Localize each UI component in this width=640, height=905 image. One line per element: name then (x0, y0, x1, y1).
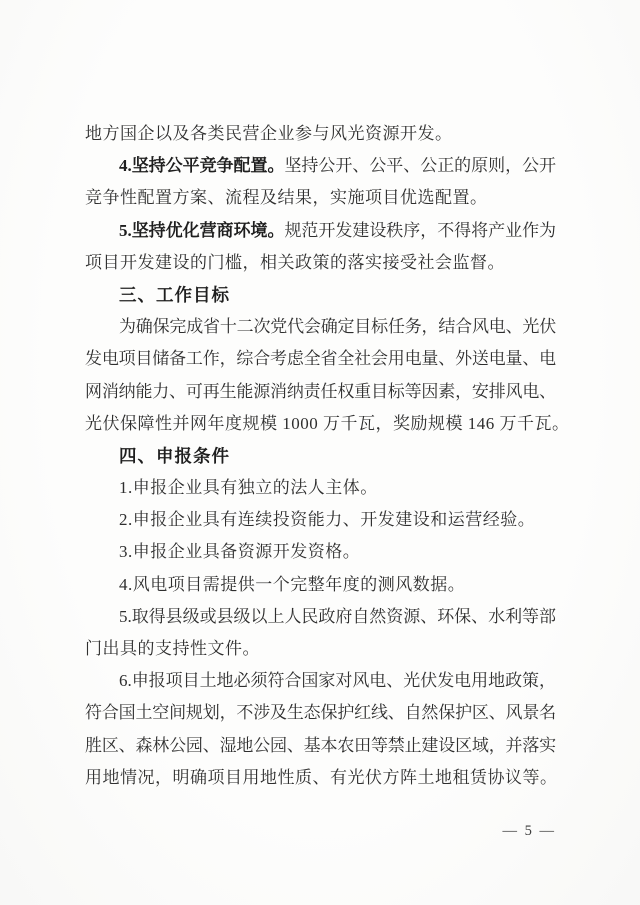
line-text: 符合国土空间规划，不涉及生态保护红线、自然保护区、风景名 (85, 703, 556, 722)
text-run: 2.申报企业具有连续投资能力、开发建设和运营经验。 (119, 510, 535, 529)
line-text: 光伏保障性并网年度规模 1000 万千瓦，奖励规模 146 万千瓦。 (85, 414, 570, 433)
text-run: 1.申报企业具有独立的法人主体。 (119, 478, 378, 497)
text-run: 坚持公开、公平、公正的原则，公开 (284, 156, 556, 175)
document-body: 地方国企以及各类民营企业参与风光资源开发。4.坚持公平竞争配置。坚持公开、公平、… (85, 118, 556, 794)
text-run: 规范开发建设秩序，不得将产业作为 (284, 221, 556, 240)
line-text: 门出具的支持性文件。 (85, 639, 260, 658)
bold-run: 四、申报条件 (119, 446, 230, 466)
line-text: 5.坚持优化营商环境。规范开发建设秩序，不得将产业作为 (119, 221, 556, 240)
line-text: 发电项目储备工作，综合考虑全省全社会用电量、外送电量、电 (85, 349, 556, 368)
text-run: 项目开发建设的门槛，相关政策的落实接受社会监督。 (85, 253, 505, 272)
document-line: 4.坚持公平竞争配置。坚持公开、公平、公正的原则，公开 (85, 150, 556, 182)
text-run: 地方国企以及各类民营企业参与风光资源开发。 (85, 124, 453, 143)
text-run: 为确保完成省十二次党代会确定目标任务，结合风电、光伏 (119, 317, 556, 336)
document-line: 胜区、森林公园、湿地公园、基本农田等禁止建设区域，并落实 (85, 730, 556, 762)
section-heading: 四、申报条件 (85, 440, 556, 472)
text-run: 胜区、森林公园、湿地公园、基本农田等禁止建设区域，并落实 (85, 736, 556, 755)
line-text: 地方国企以及各类民营企业参与风光资源开发。 (85, 124, 453, 143)
line-text: 用地情况，明确项目用地性质、有光伏方阵土地租赁协议等。 (85, 768, 558, 787)
line-text: 三、工作目标 (119, 285, 230, 305)
bold-run: 三、工作目标 (119, 285, 230, 305)
text-run: 符合国土空间规划，不涉及生态保护红线、自然保护区、风景名 (85, 703, 556, 722)
line-text: 4.风电项目需提供一个完整年度的测风数据。 (119, 575, 465, 594)
text-run: 5.取得县级或县级以上人民政府自然资源、环保、水利等部 (119, 607, 556, 626)
document-line: 地方国企以及各类民营企业参与风光资源开发。 (85, 118, 556, 150)
line-text: 4.坚持公平竞争配置。坚持公开、公平、公正的原则，公开 (119, 156, 556, 175)
text-run: 竞争性配置方案、流程及结果，实施项目优选配置。 (85, 188, 488, 207)
text-run: 6.申报项目土地必须符合国家对风电、光伏发电用地政策， (119, 671, 556, 690)
text-run: 用地情况，明确项目用地性质、有光伏方阵土地租赁协议等。 (85, 768, 558, 787)
text-run: 3.申报企业具备资源开发资格。 (119, 542, 360, 561)
document-line: 6.申报项目土地必须符合国家对风电、光伏发电用地政策， (85, 665, 556, 697)
line-text: 胜区、森林公园、湿地公园、基本农田等禁止建设区域，并落实 (85, 736, 556, 755)
document-line: 发电项目储备工作，综合考虑全省全社会用电量、外送电量、电 (85, 343, 556, 375)
line-text: 6.申报项目土地必须符合国家对风电、光伏发电用地政策， (119, 671, 556, 690)
line-text: 四、申报条件 (119, 446, 230, 466)
line-text: 2.申报企业具有连续投资能力、开发建设和运营经验。 (119, 510, 535, 529)
document-line: 4.风电项目需提供一个完整年度的测风数据。 (85, 569, 556, 601)
bold-run: 5.坚持优化营商环境。 (119, 221, 284, 240)
document-line: 5.取得县级或县级以上人民政府自然资源、环保、水利等部 (85, 601, 556, 633)
document-line: 项目开发建设的门槛，相关政策的落实接受社会监督。 (85, 247, 556, 279)
document-line: 光伏保障性并网年度规模 1000 万千瓦，奖励规模 146 万千瓦。 (85, 408, 556, 440)
text-run: 网消纳能力、可再生能源消纳责任权重目标等因素，安排风电、 (85, 382, 556, 401)
bold-run: 4.坚持公平竞争配置。 (119, 156, 284, 175)
line-text: 5.取得县级或县级以上人民政府自然资源、环保、水利等部 (119, 607, 556, 626)
document-line: 3.申报企业具备资源开发资格。 (85, 536, 556, 568)
document-page: 地方国企以及各类民营企业参与风光资源开发。4.坚持公平竞争配置。坚持公开、公平、… (0, 0, 640, 905)
line-text: 网消纳能力、可再生能源消纳责任权重目标等因素，安排风电、 (85, 382, 556, 401)
line-text: 项目开发建设的门槛，相关政策的落实接受社会监督。 (85, 253, 505, 272)
line-text: 3.申报企业具备资源开发资格。 (119, 542, 360, 561)
document-line: 门出具的支持性文件。 (85, 633, 556, 665)
line-text: 为确保完成省十二次党代会确定目标任务，结合风电、光伏 (119, 317, 556, 336)
text-run: 门出具的支持性文件。 (85, 639, 260, 658)
document-line: 竞争性配置方案、流程及结果，实施项目优选配置。 (85, 182, 556, 214)
document-line: 5.坚持优化营商环境。规范开发建设秩序，不得将产业作为 (85, 215, 556, 247)
text-run: 发电项目储备工作，综合考虑全省全社会用电量、外送电量、电 (85, 349, 556, 368)
line-text: 1.申报企业具有独立的法人主体。 (119, 478, 378, 497)
text-run: 光伏保障性并网年度规模 1000 万千瓦，奖励规模 146 万千瓦。 (85, 414, 570, 433)
text-run: 4.风电项目需提供一个完整年度的测风数据。 (119, 575, 465, 594)
page-number: — 5 — (85, 820, 556, 842)
document-line: 网消纳能力、可再生能源消纳责任权重目标等因素，安排风电、 (85, 376, 556, 408)
document-line: 2.申报企业具有连续投资能力、开发建设和运营经验。 (85, 504, 556, 536)
document-line: 为确保完成省十二次党代会确定目标任务，结合风电、光伏 (85, 311, 556, 343)
section-heading: 三、工作目标 (85, 279, 556, 311)
line-text: 竞争性配置方案、流程及结果，实施项目优选配置。 (85, 188, 488, 207)
document-line: 符合国土空间规划，不涉及生态保护红线、自然保护区、风景名 (85, 697, 556, 729)
document-line: 用地情况，明确项目用地性质、有光伏方阵土地租赁协议等。 (85, 762, 556, 794)
document-line: 1.申报企业具有独立的法人主体。 (85, 472, 556, 504)
